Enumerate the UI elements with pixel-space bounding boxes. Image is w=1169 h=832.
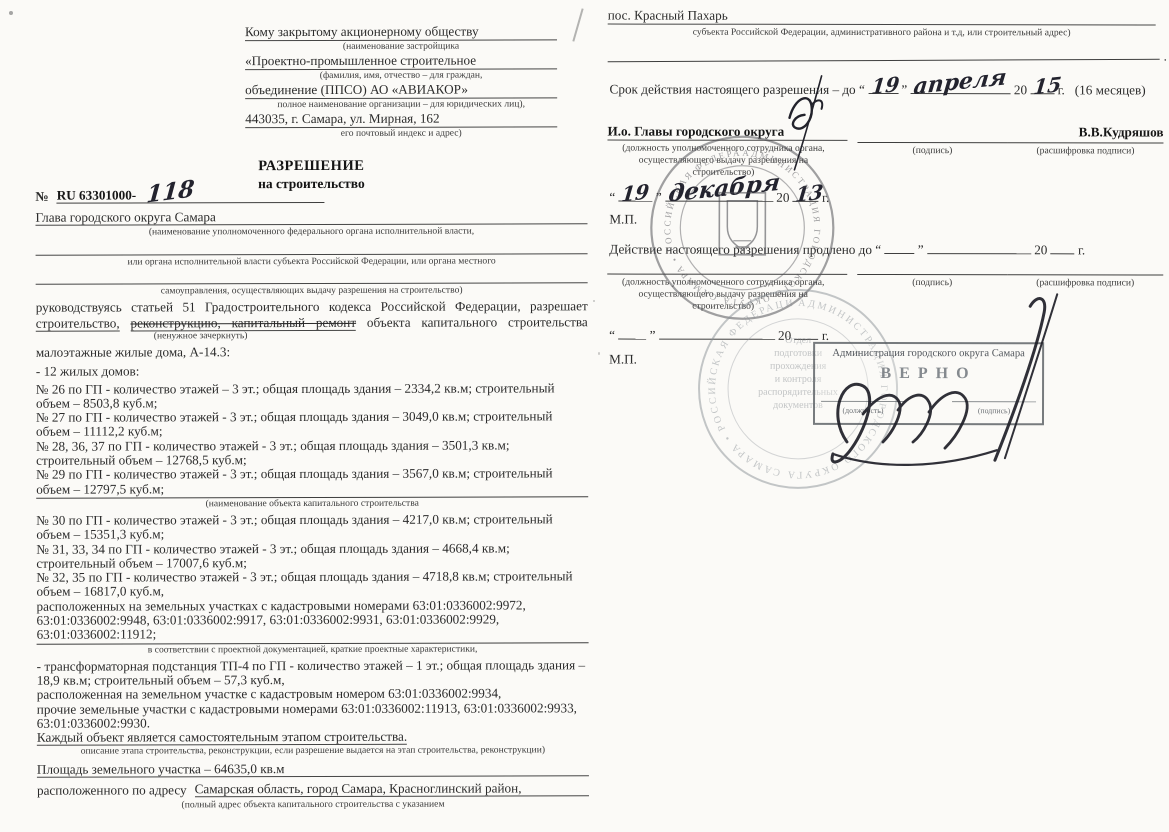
extension-text: Действие настоящего разрешения продлено …	[609, 242, 872, 257]
building-line: № 28, 36, 37 по ГП - количество этажей -…	[36, 438, 588, 468]
quote-open: “	[875, 242, 881, 257]
issue-day-blank: 19	[619, 188, 653, 202]
quote-open: “	[609, 190, 615, 205]
authority-block: Глава городского округа Самара (наименов…	[35, 208, 587, 297]
other-parcels-line: прочие земельные участки с кадастровыми …	[37, 701, 589, 731]
settlement-line: пос. Красный Пахарь	[608, 8, 1156, 26]
stage-statement-line: Каждый объект является самостоятельным э…	[37, 730, 407, 746]
quote-close: ”	[918, 242, 924, 257]
land-area-line: Площадь земельного участка – 64635,0 кв.…	[37, 761, 285, 777]
validity-day-handwritten: 19	[870, 74, 900, 97]
authority-caption-2: или органа исполнительной власти субъект…	[36, 255, 588, 268]
extension-year-blank	[1051, 240, 1075, 254]
blank-year-prefix-2: 20	[778, 328, 791, 343]
signature-caption: (подпись)	[857, 145, 1007, 157]
settlement-caption: субъекта Российской Федерации, администр…	[608, 27, 1156, 40]
settlement-row: пос. Красный Пахарь субъекта Российской …	[608, 8, 1156, 40]
authority-caption-1: (наименование уполномоченного федерально…	[35, 225, 587, 238]
transformer-block: - трансформаторная подстанция ТП-4 по ГП…	[37, 658, 589, 746]
extension-month-blank	[927, 240, 1031, 254]
line-end-period: .	[1164, 48, 1167, 64]
permit-number-prefix: RU 63301000-	[57, 187, 137, 202]
building-line: № 26 по ГП - количество этажей – 3 эт.; …	[36, 381, 588, 411]
quote-close: ”	[901, 82, 907, 97]
position-caption-2: (должность уполномоченного сотрудника ор…	[607, 277, 839, 313]
transformer-line: - трансформаторная подстанция ТП-4 по ГП…	[37, 658, 589, 688]
object-count-line: - 12 жилых домов:	[36, 364, 588, 380]
address-blank-line	[608, 45, 1160, 62]
validity-year-handwritten: 15	[1032, 74, 1062, 97]
authority-blank-2	[36, 269, 588, 284]
scanned-construction-permit: { "doc_type": "scanned construction perm…	[0, 0, 1169, 832]
authority-caption-3: самоуправления, осуществляющих выдачу ра…	[36, 284, 588, 297]
signature-caption-2: (подпись)	[857, 277, 1007, 289]
name-decode-caption: (расшифровка подписи)	[1007, 145, 1163, 157]
object-description-block: малоэтажные жилые дома, А-14.3: - 12 жил…	[36, 344, 588, 496]
blank-month-2	[659, 326, 775, 340]
permit-action-crossed-out: реконструкцию, капитальный ремонт	[130, 315, 356, 332]
verno-stamp-captions: (должность) (подпись)	[821, 401, 1036, 419]
blank-day-2	[618, 326, 646, 340]
project-docs-caption: в соответствии с проектной документацией…	[37, 643, 589, 656]
extension-year-prefix: 20	[1034, 242, 1047, 257]
permit-number-handwritten: 118	[145, 179, 194, 205]
issue-year-handwritten: 13	[795, 182, 825, 205]
address-value: Самарская область, город Самара, Красног…	[195, 781, 589, 798]
number-sign: №	[35, 189, 48, 204]
scan-speck	[9, 11, 13, 15]
addressee-org-line-1: «Проектно-промышленное строительное	[245, 52, 557, 70]
issue-date-row: “ 19 ” декабря 20 13 г.	[609, 188, 829, 206]
issue-year-blank: 13	[793, 188, 819, 202]
cross-out-caption: (ненужное зачеркнуть)	[154, 329, 588, 342]
signature-line-2	[857, 268, 1007, 275]
signature-row-2: (должность уполномоченного сотрудника ор…	[607, 268, 1163, 314]
addressee-caption-1: (наименование застройщика	[245, 40, 557, 53]
addressee-caption-2: (фамилия, имя, отчество – для граждан,	[245, 69, 557, 82]
address-label: расположенного по адресу	[37, 783, 187, 798]
law-reference-line: руководствуясь статьей 51 Градостроитель…	[36, 298, 588, 314]
extension-row: Действие настоящего разрешения продлено …	[609, 240, 1085, 259]
quote-close: ”	[656, 190, 662, 205]
quote-close: ”	[650, 328, 656, 343]
validity-prefix: Срок действия настоящего разрешения – до	[610, 82, 856, 97]
quote-open: “	[609, 328, 615, 343]
building-line: № 32, 35 по ГП - количество этажей - 3 э…	[36, 569, 588, 599]
seal-place-label: М.П.	[609, 212, 637, 228]
right-page: пос. Красный Пахарь субъекта Российской …	[606, 0, 1163, 832]
name-line-2	[1007, 268, 1163, 275]
validity-month-blank: апреля	[911, 80, 1011, 94]
building-line: № 27 по ГП - количество этажей - 3 эт.; …	[36, 409, 588, 439]
signature-row-1: И.о. Главы городского округа (должность …	[607, 124, 1163, 180]
scan-speck	[598, 352, 600, 355]
land-area-row: Площадь земельного участка – 64635,0 кв.…	[37, 761, 589, 778]
left-page: Кому закрытому акционерному обществу (на…	[35, 23, 589, 812]
validity-note: (16 месяцев)	[1075, 82, 1146, 97]
document-title: РАЗРЕШЕНИЕ	[35, 157, 587, 175]
position-caption: (должность уполномоченного сотрудника ор…	[607, 143, 839, 179]
signature-line	[857, 124, 1007, 143]
building-line: № 30 по ГП - количество этажей - 3 эт.; …	[36, 512, 588, 542]
quote-open: “	[859, 82, 865, 97]
permit-action-construction: строительство,	[36, 316, 120, 332]
object-description-block-2: № 30 по ГП - количество этажей - 3 эт.; …	[36, 512, 588, 642]
permit-action-rest: объекта капитального строительства	[367, 314, 588, 330]
validity-month-handwritten: апреля	[913, 67, 1008, 97]
addressee-org-line-2: объединение (ППСО) АО «АВИАКОР»	[245, 81, 557, 99]
scan-speck	[593, 300, 595, 302]
object-address-row: расположенного по адресу Самарская облас…	[37, 781, 589, 798]
blank-year-suffix-2: г.	[822, 328, 829, 343]
addressee-caption-3: полное наименование организации – для юр…	[245, 98, 557, 111]
officer-position: И.о. Главы городского округа	[607, 124, 847, 141]
validity-year-prefix: 20	[1014, 82, 1027, 97]
position-line-2	[607, 268, 847, 275]
issue-month-blank: декабря	[665, 188, 773, 202]
authority-name: Глава городского округа Самара	[35, 208, 587, 225]
verno-stamp-word: ВЕРНО	[815, 366, 1042, 382]
object-name-caption: (наименование объекта капитального строи…	[36, 497, 588, 510]
extension-day-blank	[884, 240, 914, 254]
address-caption: (полный адрес объекта капитального строи…	[37, 799, 589, 812]
verno-rect-stamp: Администрация городского округа Самара В…	[813, 342, 1044, 425]
stage-caption: описание этапа строительства, реконструк…	[37, 745, 589, 758]
permit-action-line: строительство, реконструкцию, капитальны…	[36, 314, 588, 330]
object-type-line: малоэтажные жилые дома, А-14.3:	[36, 344, 588, 360]
validity-year-blank: 15	[1030, 80, 1054, 94]
issue-day-handwritten: 19	[621, 181, 651, 204]
name-decode-caption-2: (расшифровка подписи)	[1007, 277, 1163, 289]
addressee-address-line: 443035, г. Самара, ул. Мирная, 162	[245, 110, 557, 128]
verno-position-caption: (должность)	[821, 401, 905, 419]
addressee-caption-4: его почтовый индекс и адрес)	[245, 127, 557, 140]
officer-name: В.В.Кудряшов	[1007, 124, 1163, 143]
cadastral-numbers-line: расположенных на земельных участках с ка…	[36, 598, 588, 642]
authority-blank-1	[36, 239, 588, 255]
seal-place-label-2: М.П.	[609, 352, 637, 368]
extension-year-suffix: г.	[1078, 242, 1085, 257]
verno-signature-caption: (подпись)	[952, 401, 1036, 419]
building-line: № 31, 33, 34 по ГП - количество этажей -…	[36, 541, 588, 571]
addressee-block: Кому закрытому акционерному обществу (на…	[245, 23, 557, 140]
verno-stamp-title: Администрация городского округа Самара	[815, 348, 1042, 360]
addressee-to-line: Кому закрытому акционерному обществу	[245, 23, 557, 41]
validity-row: Срок действия настоящего разрешения – до…	[610, 80, 1166, 99]
validity-day-blank: 19	[868, 80, 898, 94]
blank-year-2	[795, 326, 819, 340]
blank-date-row-2: “ ” 20 г.	[609, 326, 829, 344]
building-line: № 29 по ГП - количество этажей - 3 эт.; …	[36, 467, 588, 497]
